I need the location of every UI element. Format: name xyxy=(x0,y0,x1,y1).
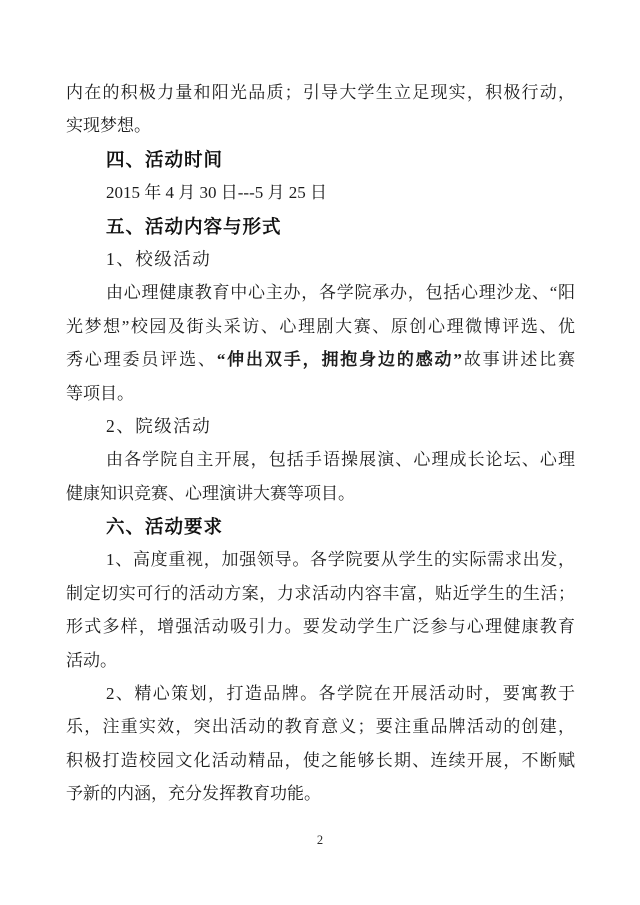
text-line: 等项目。 xyxy=(66,377,575,410)
text-line: 2、院级活动 xyxy=(66,410,575,443)
text-line: 健康知识竞赛、心理演讲大赛等项目。 xyxy=(66,477,575,510)
text-line: 四、活动时间 xyxy=(66,143,575,176)
emphasized-text: “伸出双手，拥抱身边的感动” xyxy=(217,350,462,369)
text-segment: 故事讲述比赛 xyxy=(462,350,575,369)
text-line: 制定切实可行的活动方案，力求活动内容丰富，贴近学生的生活； xyxy=(66,577,575,610)
text-line: 乐，注重实效，突出活动的教育意义；要注重品牌活动的创建， xyxy=(66,710,575,743)
text-line: 2015 年 4 月 30 日---5 月 25 日 xyxy=(66,176,575,209)
text-line: 1、校级活动 xyxy=(66,243,575,276)
text-line: 光梦想”校园及街头采访、心理剧大赛、原创心理微博评选、优 xyxy=(66,310,575,343)
page-number: 2 xyxy=(0,831,640,849)
text-line: 形式多样，增强活动吸引力。要发动学生广泛参与心理健康教育 xyxy=(66,610,575,643)
text-line: 活动。 xyxy=(66,644,575,677)
text-line: 1、高度重视，加强领导。各学院要从学生的实际需求出发， xyxy=(66,543,575,576)
text-line: 实现梦想。 xyxy=(66,109,575,142)
text-line: 内在的积极力量和阳光品质；引导大学生立足现实，积极行动， xyxy=(66,76,575,109)
text-line: 由各学院自主开展，包括手语操展演、心理成长论坛、心理 xyxy=(66,443,575,476)
text-line: 五、活动内容与形式 xyxy=(66,210,575,243)
text-line: 2、精心策划，打造品牌。各学院在开展活动时，要寓教于 xyxy=(66,677,575,710)
document-body: 内在的积极力量和阳光品质；引导大学生立足现实，积极行动，实现梦想。四、活动时间2… xyxy=(66,76,575,811)
text-line: 予新的内涵，充分发挥教育功能。 xyxy=(66,777,575,810)
text-line: 由心理健康教育中心主办，各学院承办，包括心理沙龙、“阳 xyxy=(66,276,575,309)
text-segment: 秀心理委员评选、 xyxy=(66,350,217,369)
document-page: 内在的积极力量和阳光品质；引导大学生立足现实，积极行动，实现梦想。四、活动时间2… xyxy=(0,0,640,905)
text-line: 积极打造校园文化活动精品，使之能够长期、连续开展，不断赋 xyxy=(66,744,575,777)
text-line: 六、活动要求 xyxy=(66,510,575,543)
text-line: 秀心理委员评选、“伸出双手，拥抱身边的感动”故事讲述比赛 xyxy=(66,343,575,376)
